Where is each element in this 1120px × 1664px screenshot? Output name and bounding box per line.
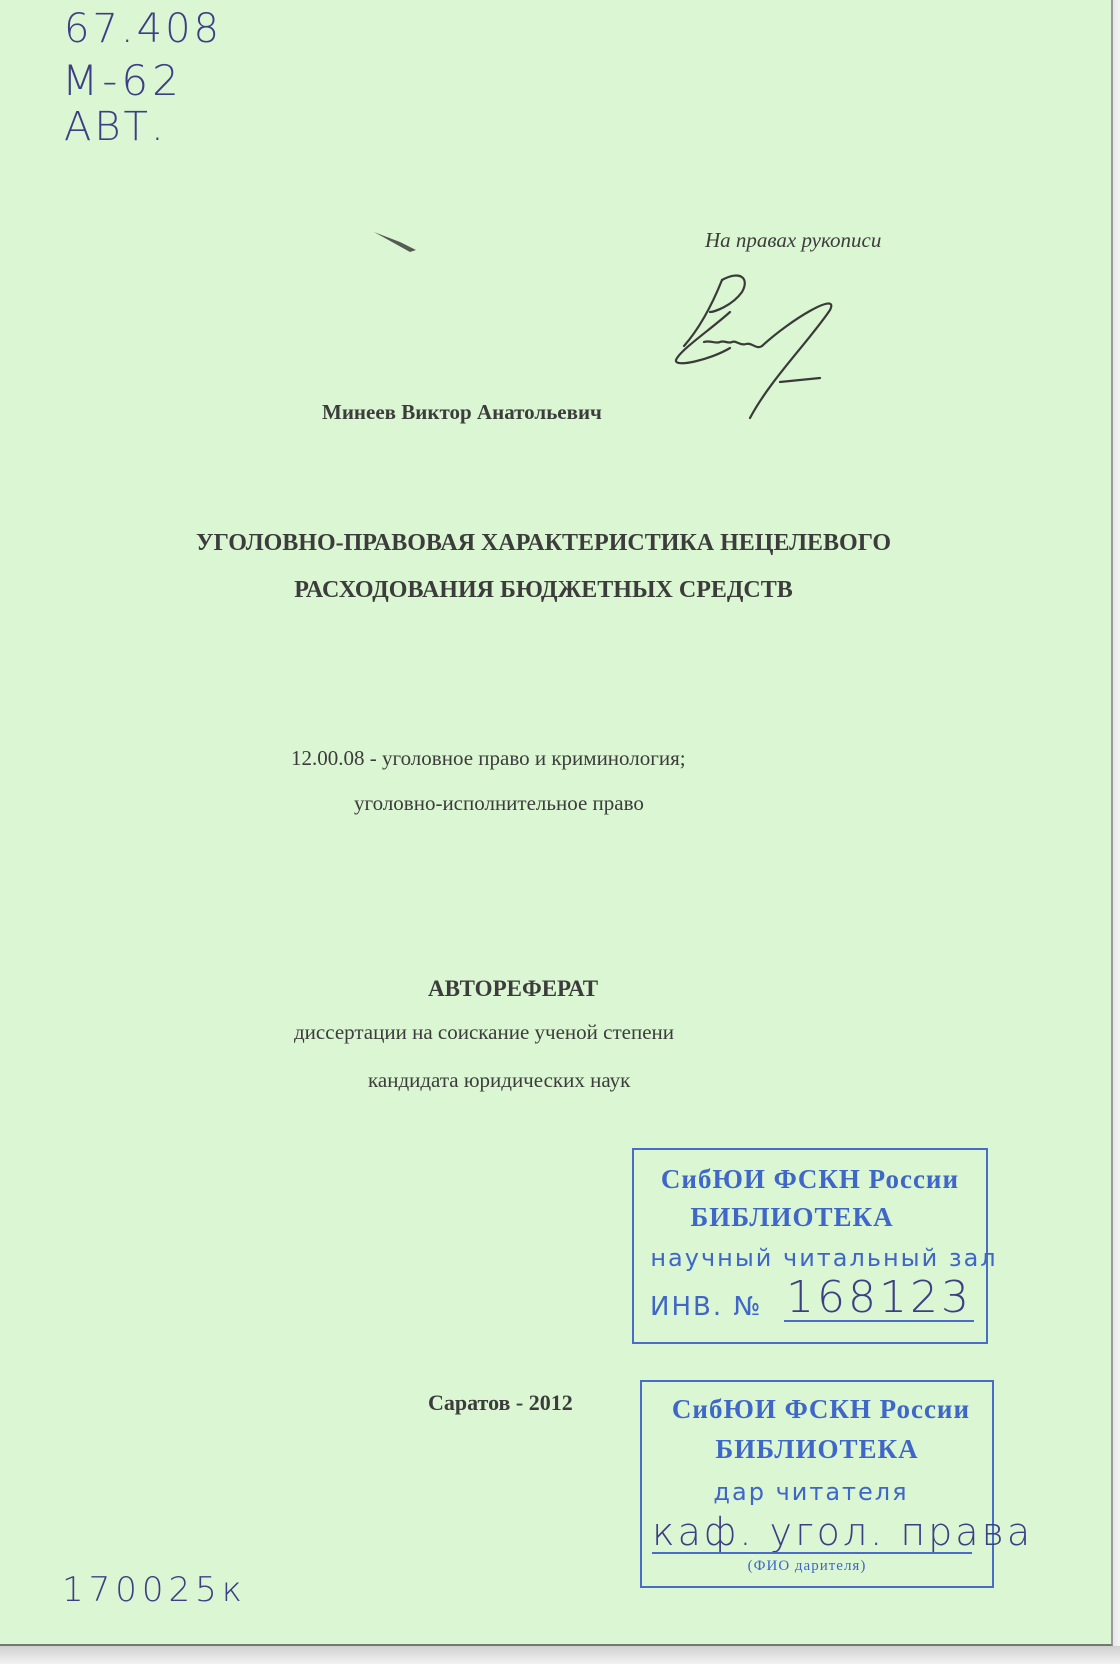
handwritten-author-mark: М-62 bbox=[62, 56, 183, 105]
place-year: Саратов - 2012 bbox=[428, 1390, 573, 1416]
stamp-subtitle: дар читателя bbox=[636, 1478, 986, 1506]
document-type-heading: АВТОРЕФЕРАТ bbox=[428, 976, 598, 1002]
pencil-mark-icon bbox=[370, 228, 420, 258]
document-page: 67.408 М-62 АВТ. На правах рукописи Мине… bbox=[0, 0, 1113, 1646]
document-type-line2: кандидата юридических наук bbox=[368, 1068, 630, 1093]
handwritten-accession-number: 170025к bbox=[62, 1570, 247, 1610]
inventory-number: 168123 bbox=[786, 1272, 972, 1323]
page-edge-bottom bbox=[0, 1646, 1120, 1664]
stamp-org: СибЮИ ФСКН России bbox=[634, 1164, 986, 1195]
stamp-dept: БИБЛИОТЕКА bbox=[616, 1202, 968, 1233]
specialty-line2: уголовно-исполнительное право bbox=[354, 791, 644, 816]
inventory-underline bbox=[784, 1320, 974, 1322]
document-type-line1: диссертации на соискание ученой степени bbox=[294, 1020, 674, 1045]
donor-name: каф. угол. права bbox=[652, 1510, 1033, 1554]
stamp-org: СибЮИ ФСКН России bbox=[646, 1394, 996, 1425]
stamp-dept: БИБЛИОТЕКА bbox=[642, 1434, 992, 1465]
page-edge-right bbox=[1113, 0, 1120, 1664]
donor-caption: (ФИО дарителя) bbox=[632, 1558, 982, 1575]
author-name: Минеев Виктор Анатольевич bbox=[322, 400, 602, 425]
library-stamp-reading-room: СибЮИ ФСКН России БИБЛИОТЕКА научный чит… bbox=[632, 1148, 988, 1344]
stamp-subtitle: научный читальный зал bbox=[648, 1244, 1000, 1272]
specialty-line1: 12.00.08 - уголовное право и криминологи… bbox=[291, 746, 686, 771]
signature-icon bbox=[670, 270, 860, 420]
dissertation-title-line2: РАСХОДОВАНИЯ БЮДЖЕТНЫХ СРЕДСТВ bbox=[0, 577, 1099, 604]
handwritten-type-mark: АВТ. bbox=[64, 104, 167, 150]
dissertation-title-line1: УГОЛОВНО-ПРАВОВАЯ ХАРАКТЕРИСТИКА НЕЦЕЛЕВ… bbox=[0, 530, 1099, 557]
inventory-label: ИНВ. № bbox=[650, 1292, 762, 1322]
library-stamp-donation: СибЮИ ФСКН России БИБЛИОТЕКА дар читател… bbox=[640, 1380, 994, 1588]
donor-underline bbox=[652, 1552, 972, 1554]
handwritten-classification-code: 67.408 bbox=[64, 6, 222, 52]
manuscript-rights-label: На правах рукописи bbox=[705, 228, 881, 253]
